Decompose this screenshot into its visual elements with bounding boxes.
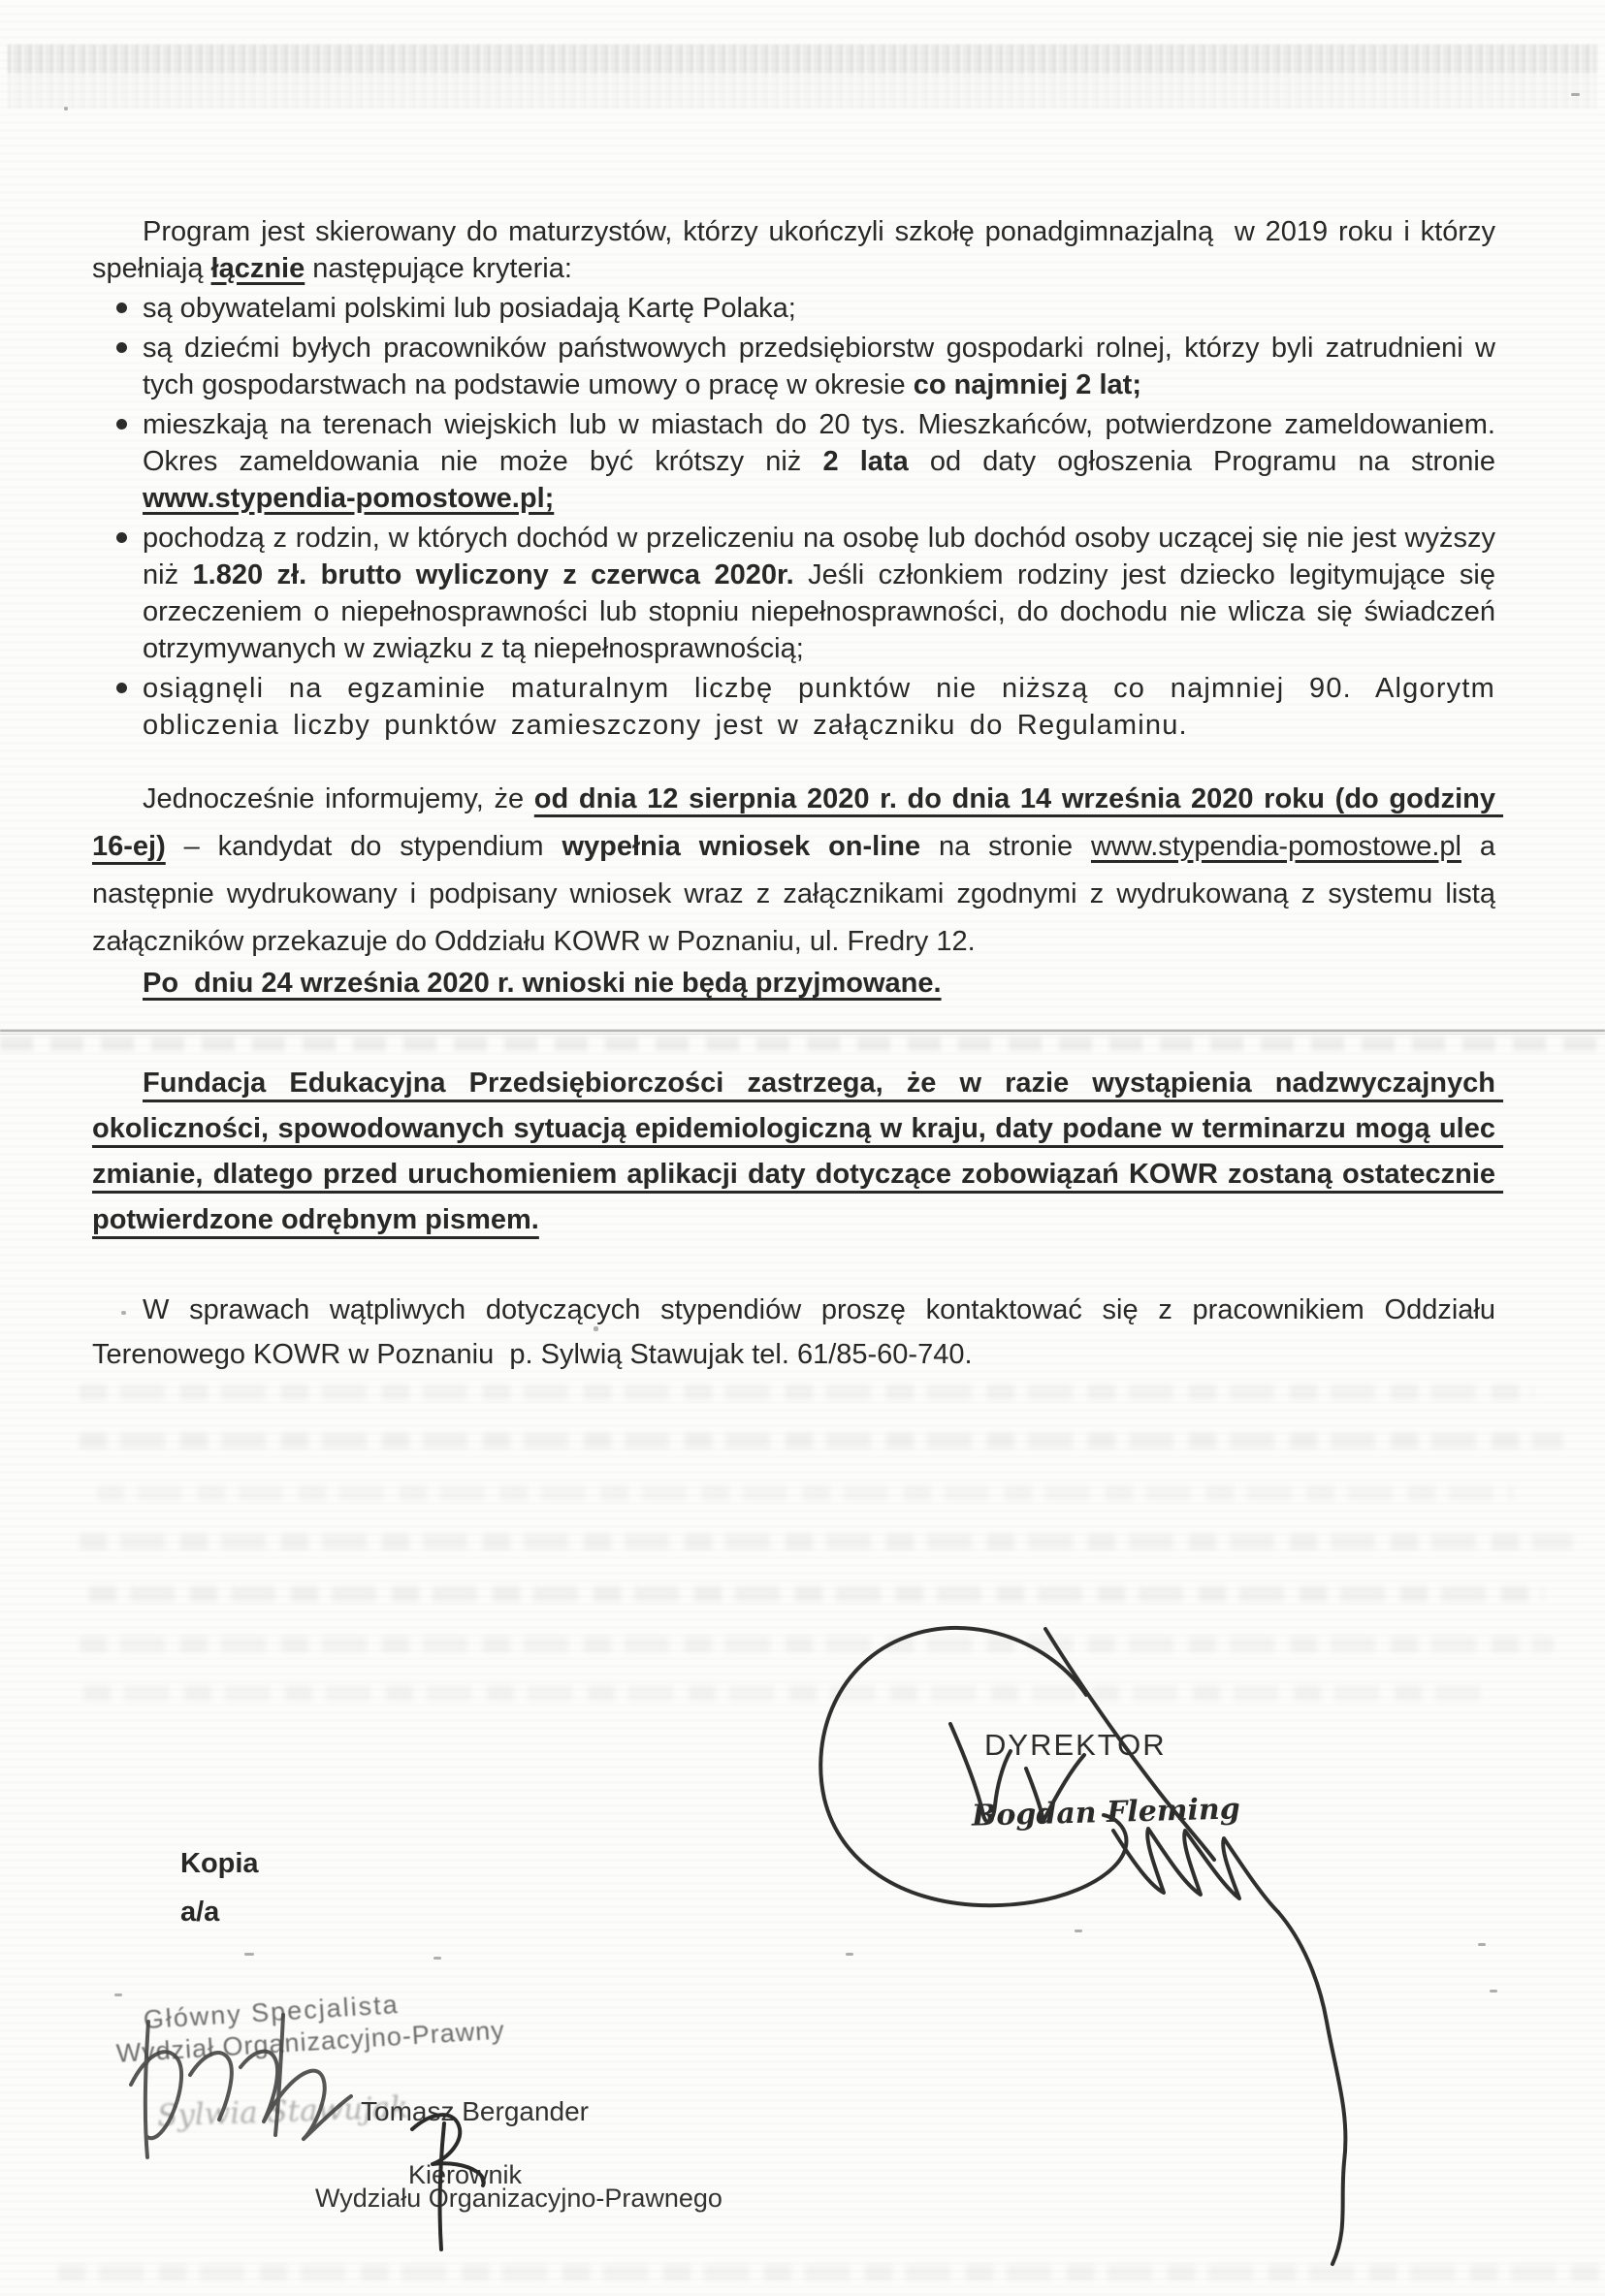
website-url-text: www.stypendia-pomostowe.pl <box>1091 831 1461 862</box>
criteria-text: są obywatelami polskimi lub posiadają Ka… <box>143 293 796 324</box>
online-text: na stronie <box>920 831 1091 862</box>
bullet-icon <box>116 532 127 543</box>
scan-separator-line-echo <box>0 1034 1605 1035</box>
contact-paragraph: W sprawach wątpliwych dotyczących stypen… <box>92 1288 1495 1377</box>
criteria-text: osiągnęli na egzaminie maturalnym liczbę… <box>143 673 1495 741</box>
scan-speck <box>594 1326 598 1331</box>
scan-smudge-band <box>0 1037 1605 1051</box>
scan-separator-line <box>0 1030 1605 1032</box>
intro-text-tail: następujące kryteria: <box>305 253 572 284</box>
criteria-item-matura-points: osiągnęli na egzaminie maturalnym liczbę… <box>92 670 1495 744</box>
bleed-through-line <box>80 1433 1563 1449</box>
bleed-through-line <box>80 1534 1573 1549</box>
bullet-icon <box>116 419 127 430</box>
director-name: Bogdan Fleming <box>972 1792 1241 1833</box>
contact-text: W sprawach wątpliwych dotyczących stypen… <box>92 1294 1503 1370</box>
scan-speck <box>433 1957 441 1960</box>
bleed-through-line <box>83 1685 1490 1701</box>
bullet-icon <box>116 342 127 353</box>
scan-speck <box>846 1953 853 1956</box>
copy-aa-label: a/a <box>180 1897 219 1929</box>
bleed-through-line <box>80 1637 1554 1652</box>
scan-speck <box>1571 93 1580 96</box>
specialist-stamp: Główny Specjalista Wydział Organizacyjno… <box>113 1983 506 2068</box>
criteria-list: są obywatelami polskimi lub posiadają Ka… <box>92 290 1495 747</box>
director-signature-zigzag <box>1113 1829 1278 1912</box>
manager-role-department: Wydziału Organizacyjno-Prawnego <box>315 2184 722 2214</box>
website-url-text: www.stypendia-pomostowe.pl; <box>143 483 554 514</box>
criteria-item-income: pochodzą z rodzin, w których dochód w pr… <box>92 520 1495 667</box>
scan-speck <box>244 1953 254 1956</box>
scan-noise-band-top-2 <box>8 76 1597 109</box>
online-text: Jednocześnie informujemy, że <box>143 783 534 814</box>
director-title: DYREKTOR <box>984 1728 1167 1763</box>
scan-speck <box>121 1311 126 1315</box>
online-text: – kandydat do stypendium <box>166 831 562 862</box>
director-signature-loop <box>820 1628 1126 1905</box>
scan-noise-band-top <box>8 45 1597 74</box>
scan-speck <box>114 1993 122 1996</box>
scan-speck <box>64 107 68 111</box>
criteria-emphasis: co najmniej 2 lat; <box>914 369 1141 400</box>
bleed-through-line <box>80 1385 1534 1400</box>
manager-name: Tomasz Bergander <box>361 2096 589 2127</box>
copy-label: Kopia <box>180 1848 259 1880</box>
epidemiological-clause: Fundacja Edukacyjna Przedsiębiorczości z… <box>92 1061 1495 1243</box>
criteria-item-citizenship: są obywatelami polskimi lub posiadają Ka… <box>92 290 1495 327</box>
scan-speck <box>1466 1311 1471 1315</box>
criteria-emphasis-income: 1.820 zł. brutto wyliczony z czerwca 202… <box>193 559 794 590</box>
director-signature-tail <box>1278 1912 1345 2264</box>
bleed-through-line <box>97 1485 1513 1501</box>
scan-speck <box>1075 1929 1082 1932</box>
scan-speck <box>1478 1943 1486 1946</box>
director-signature <box>820 1628 1345 2264</box>
criteria-text: od daty ogłoszenia Programu na stronie <box>909 446 1495 477</box>
scanned-letter-page: Program jest skierowany do maturzystów, … <box>0 0 1605 2296</box>
scan-speck <box>1490 1990 1497 1993</box>
deadline-note: Po dniu 24 września 2020 r. wnioski nie … <box>143 968 942 1000</box>
bullet-icon <box>116 683 127 693</box>
criteria-item-parents-employment: są dziećmi byłych pracowników państwowyc… <box>92 330 1495 403</box>
intro-emphasis-lacznie: łącznie <box>211 253 305 284</box>
criteria-emphasis: 2 lata <box>822 446 908 477</box>
criteria-item-residence: mieszkają na terenach wiejskich lub w mi… <box>92 406 1495 517</box>
criteria-text: są dziećmi byłych pracowników państwowyc… <box>143 333 1495 400</box>
bleed-through-line <box>58 2265 1605 2280</box>
application-window-paragraph: Jednocześnie informujemy, że od dnia 12 … <box>92 776 1495 966</box>
intro-paragraph: Program jest skierowany do maturzystów, … <box>92 213 1495 287</box>
bullet-icon <box>116 303 127 313</box>
clause-text: Fundacja Edukacyjna Przedsiębiorczości z… <box>92 1068 1503 1235</box>
online-form-emphasis: wypełnia wniosek on-line <box>562 831 920 862</box>
bleed-through-line <box>89 1586 1544 1602</box>
